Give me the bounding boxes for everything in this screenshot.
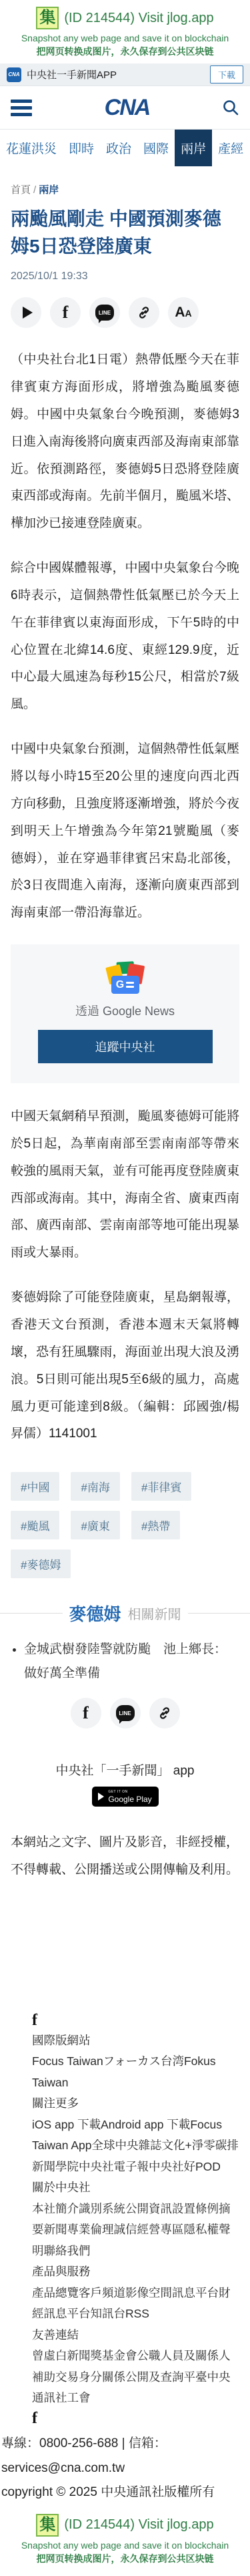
footer-link[interactable]: 產品總覽: [32, 2286, 79, 2299]
footer-link[interactable]: 客戶頻道: [79, 2286, 125, 2299]
jlog-promo-link[interactable]: (ID 214544) Visit jlog.app: [64, 11, 213, 26]
footer-links: iOS app 下載Android app 下載Focus Taiwan App…: [32, 2114, 241, 2178]
footer-section-heading: 產品與服務: [32, 2261, 241, 2283]
line-share-button[interactable]: LINE: [110, 1698, 141, 1728]
footer-link[interactable]: 本社簡介: [32, 2202, 79, 2215]
article-paragraph: （中央社台北1日電）熱帶低壓今天在菲律賓東方海面形成，將增強為颱風麥德姆。中國中…: [11, 347, 239, 538]
font-size-button[interactable]: AA: [168, 297, 199, 328]
jlog-promo-banner-top: 集 (ID 214544) Visit jlog.app Snapshot an…: [0, 0, 250, 63]
nav-item[interactable]: 政治: [100, 130, 137, 166]
article-paragraph: 中國天氣網稍早預測，颱風麥德姆可能將於5日起，為華南南部至雲南南部等帶來較強的風…: [11, 1103, 239, 1267]
nav-item[interactable]: 國際: [137, 130, 175, 166]
footer-link[interactable]: 聯絡我們: [44, 2244, 91, 2257]
line-icon: LINE: [116, 1705, 135, 1721]
article-title: 兩颱風剛走 中國預測麥德姆5日恐登陸廣東: [0, 196, 250, 260]
line-icon: LINE: [95, 305, 114, 321]
footer-link[interactable]: Android app 下載: [101, 2118, 190, 2131]
link-icon: [157, 1706, 172, 1720]
copy-link-button[interactable]: [129, 297, 159, 328]
app-download-button[interactable]: 下載: [210, 65, 243, 83]
related-news-list: 金城武樹發陸警就防颱 池上鄉長：做好萬全準備: [0, 1628, 250, 1686]
footer-section: 關注更多 iOS app 下載Android app 下載Focus Taiwa…: [32, 2093, 241, 2177]
breadcrumb-current[interactable]: 兩岸: [39, 184, 59, 196]
footer-section-heading: 友善連結: [32, 2325, 241, 2346]
footer-link[interactable]: 文化+: [162, 2139, 192, 2152]
tag-chip[interactable]: #菲律賓: [131, 1472, 191, 1501]
article-paragraph: 綜合中國媒體報導，中國中央氣象台今晚6時表示，這個熱帶性低氣壓已於今天上午在菲律…: [11, 555, 239, 719]
site-header: CNA: [0, 86, 250, 129]
article-paragraph: 中國中央氣象台預測，這個熱帶性低氣壓將以每小時15至20公里的速度向西北西方向移…: [11, 736, 239, 927]
footer-link[interactable]: 新聞專業倫理: [44, 2223, 114, 2236]
listen-button[interactable]: [11, 297, 41, 328]
cna-logo[interactable]: CNA: [105, 95, 150, 121]
nav-item[interactable]: 兩岸: [175, 130, 212, 166]
footer-link[interactable]: 曾虛白新聞獎基金會: [32, 2349, 137, 2362]
related-news-link[interactable]: 金城武樹發陸警就防颱 池上鄉長：做好萬全準備: [24, 1638, 237, 1686]
site-footer: f 國際版網站 Focus Taiwanフォーカス台湾Fokus Taiwan …: [0, 2011, 250, 2505]
tag-list: #中國#南海#菲律賓#颱風#廣東#熱帶#麥德姆: [0, 1465, 250, 1584]
google-play-badge[interactable]: GET IT ON Google Play: [92, 1787, 159, 1807]
article-paragraphs-first: （中央社台北1日電）熱帶低壓今天在菲律賓東方海面形成，將增強為颱風麥德姆。中國中…: [11, 347, 239, 927]
footer-links: 本社簡介識別系統公開資訊設置條例摘要新聞專業倫理誠信經營專區隱私權聲明聯絡我們: [32, 2199, 241, 2262]
footer-link[interactable]: 淨零碳排: [192, 2139, 239, 2152]
facebook-icon: f: [83, 1704, 89, 1722]
cna-app-icon: CNA: [7, 67, 21, 82]
footer-link[interactable]: 中央社電子報: [79, 2160, 149, 2173]
app-bar-title: 中央社一手新聞APP: [27, 67, 205, 81]
google-play-badge-top: GET IT ON: [108, 1791, 151, 1794]
footer-links: Focus Taiwanフォーカス台湾Fokus Taiwan: [32, 2051, 241, 2093]
footer-link[interactable]: 影像空間: [125, 2286, 172, 2299]
jlog-promo-link[interactable]: (ID 214544) Visit jlog.app: [64, 2517, 213, 2533]
nav-item[interactable]: 花蓮洪災: [0, 130, 63, 166]
google-play-badge-bottom: Google Play: [108, 1795, 151, 1803]
google-news-box: G 透過 Google News 追蹤中央社: [11, 944, 239, 1083]
app-download-bar: CNA 中央社一手新聞APP 下載: [0, 63, 250, 86]
share-toolbar: f LINE AA: [0, 283, 250, 335]
footer-section: 友善連結 曾虛白新聞獎基金會公職人員及關係人補助交易身分關係公開及查詢平臺中央通…: [32, 2325, 241, 2409]
tag-chip[interactable]: #熱帶: [131, 1511, 180, 1539]
footer-link[interactable]: 識別系統: [79, 2202, 125, 2215]
footer-facebook-icon[interactable]: f: [32, 2409, 241, 2428]
copy-link-button[interactable]: [149, 1698, 180, 1728]
tag-chip[interactable]: #南海: [71, 1472, 119, 1501]
breadcrumb-home[interactable]: 首頁: [11, 184, 31, 196]
footer-link[interactable]: iOS app 下載: [32, 2118, 101, 2131]
footer-link[interactable]: 公開資訊: [125, 2202, 172, 2215]
footer-section: 關於中央社 本社簡介識別系統公開資訊設置條例摘要新聞專業倫理誠信經營專區隱私權聲…: [32, 2177, 241, 2261]
jlog-promo-subtitle-en: Snapshot any web page and save it on blo…: [0, 2540, 250, 2551]
footer-section-heading: 關於中央社: [32, 2177, 241, 2199]
copyright-notice: 本網站之文字、圖片及影音，非經授權，不得轉載、公開播送或公開傳輸及利用。: [0, 1807, 250, 1884]
article-paragraphs-second: 中國天氣網稍早預測，颱風麥德姆可能將於5日起，為華南南部至雲南南部等帶來較強的風…: [11, 1103, 239, 1448]
jlog-promo-banner-bottom: 集 (ID 214544) Visit jlog.app Snapshot an…: [0, 2505, 250, 2576]
footer-section: 產品與服務 產品總覽客戶頻道影像空間訊息平台財經訊息平台知訊台RSS: [32, 2261, 241, 2325]
tag-chip[interactable]: #颱風: [11, 1511, 59, 1539]
google-news-label: 透過 Google News: [24, 1002, 226, 1019]
font-size-icon: AA: [175, 305, 191, 321]
tag-chip[interactable]: #中國: [11, 1472, 59, 1501]
footer-link[interactable]: Focus Taiwanフォーカス台湾: [32, 2054, 184, 2068]
google-play-icon: [98, 1793, 104, 1801]
category-nav: 花蓮洪災即時政治國際兩岸產經: [0, 129, 250, 166]
divider-line: [188, 1613, 250, 1614]
footer-link[interactable]: RSS: [125, 2307, 149, 2320]
footer-link[interactable]: 誠信經營專區: [114, 2223, 184, 2236]
tag-chip[interactable]: #廣東: [71, 1511, 119, 1539]
facebook-share-button[interactable]: f: [50, 297, 81, 328]
google-news-icon: G: [107, 962, 144, 994]
footer-contact: 專線：0800-256-688 | 信箱：services@cna.com.tw…: [1, 2428, 241, 2505]
footer-sections: 國際版網站 Focus Taiwanフォーカス台湾Fokus Taiwan 關注…: [32, 2030, 241, 2409]
play-icon: [23, 307, 33, 319]
tag-chip[interactable]: #麥德姆: [11, 1549, 71, 1578]
blank-region: [0, 1884, 250, 2011]
facebook-share-button[interactable]: f: [71, 1698, 101, 1728]
footer-links: 曾虛白新聞獎基金會公職人員及關係人補助交易身分關係公開及查詢平臺中央通訊社工會: [32, 2346, 241, 2409]
related-news-header: 麥德姆 相關新聞: [0, 1584, 250, 1628]
jlog-promo-subtitle-en: Snapshot any web page and save it on blo…: [0, 33, 250, 43]
article-date: 2025/10/1 19:33: [0, 260, 250, 283]
jlog-promo-subtitle-cn: 把网页转换成图片，永久保存到公共区块链: [0, 45, 250, 58]
jlog-logo-icon: 集: [36, 7, 59, 29]
related-keyword[interactable]: 麥德姆: [69, 1601, 121, 1626]
line-share-button[interactable]: LINE: [89, 297, 120, 328]
facebook-icon: f: [63, 304, 69, 321]
jlog-promo-subtitle-cn: 把网页转换成图片，永久保存到公共区块链: [0, 2552, 250, 2565]
hamburger-menu-icon[interactable]: [11, 100, 32, 116]
search-icon[interactable]: [222, 99, 239, 116]
footer-section-heading: 國際版網站: [32, 2030, 241, 2052]
footer-link[interactable]: 全球中央雜誌: [92, 2139, 162, 2152]
footer-copyright: copyright © 2025 中央通訊社版權所有: [1, 2480, 239, 2505]
follow-cna-button[interactable]: 追蹤中央社: [38, 1030, 213, 1063]
divider-line: [0, 1613, 63, 1614]
app-promo-section: 中央社「一手新聞」 app GET IT ON Google Play: [0, 1740, 250, 1807]
article-body: （中央社台北1日電）熱帶低壓今天在菲律賓東方海面形成，將增強為颱風麥德姆。中國中…: [0, 335, 250, 1448]
footer-contact-line[interactable]: 專線：0800-256-688 | 信箱：services@cna.com.tw: [1, 2431, 239, 2480]
footer-link[interactable]: 知訊台: [91, 2307, 126, 2320]
footer-link[interactable]: 中央社好POD: [149, 2160, 221, 2173]
footer-facebook-icon[interactable]: f: [32, 2011, 241, 2030]
nav-item[interactable]: 即時: [63, 130, 100, 166]
footer-link[interactable]: 新聞學院: [32, 2160, 79, 2173]
related-suffix: 相關新聞: [128, 1604, 181, 1623]
nav-item[interactable]: 產經: [212, 130, 249, 166]
footer-link[interactable]: 訊息平台: [172, 2286, 219, 2299]
footer-section: 國際版網站 Focus Taiwanフォーカス台湾Fokus Taiwan: [32, 2030, 241, 2094]
link-icon: [137, 305, 151, 320]
footer-section-heading: 關注更多: [32, 2093, 241, 2114]
breadcrumb: 首頁/兩岸: [0, 166, 250, 196]
share-toolbar-bottom: f LINE: [0, 1686, 250, 1740]
breadcrumb-separator: /: [33, 184, 36, 196]
app-promo-title: 中央社「一手新聞」 app: [11, 1761, 239, 1779]
footer-links: 產品總覽客戶頻道影像空間訊息平台財經訊息平台知訊台RSS: [32, 2283, 241, 2325]
jlog-logo-icon: 集: [36, 2514, 59, 2537]
article-paragraph: 麥德姆除了可能登陸廣東，星島網報導，香港天文台預測，香港本週末天氣將轉壞，恐有狂…: [11, 1284, 239, 1448]
